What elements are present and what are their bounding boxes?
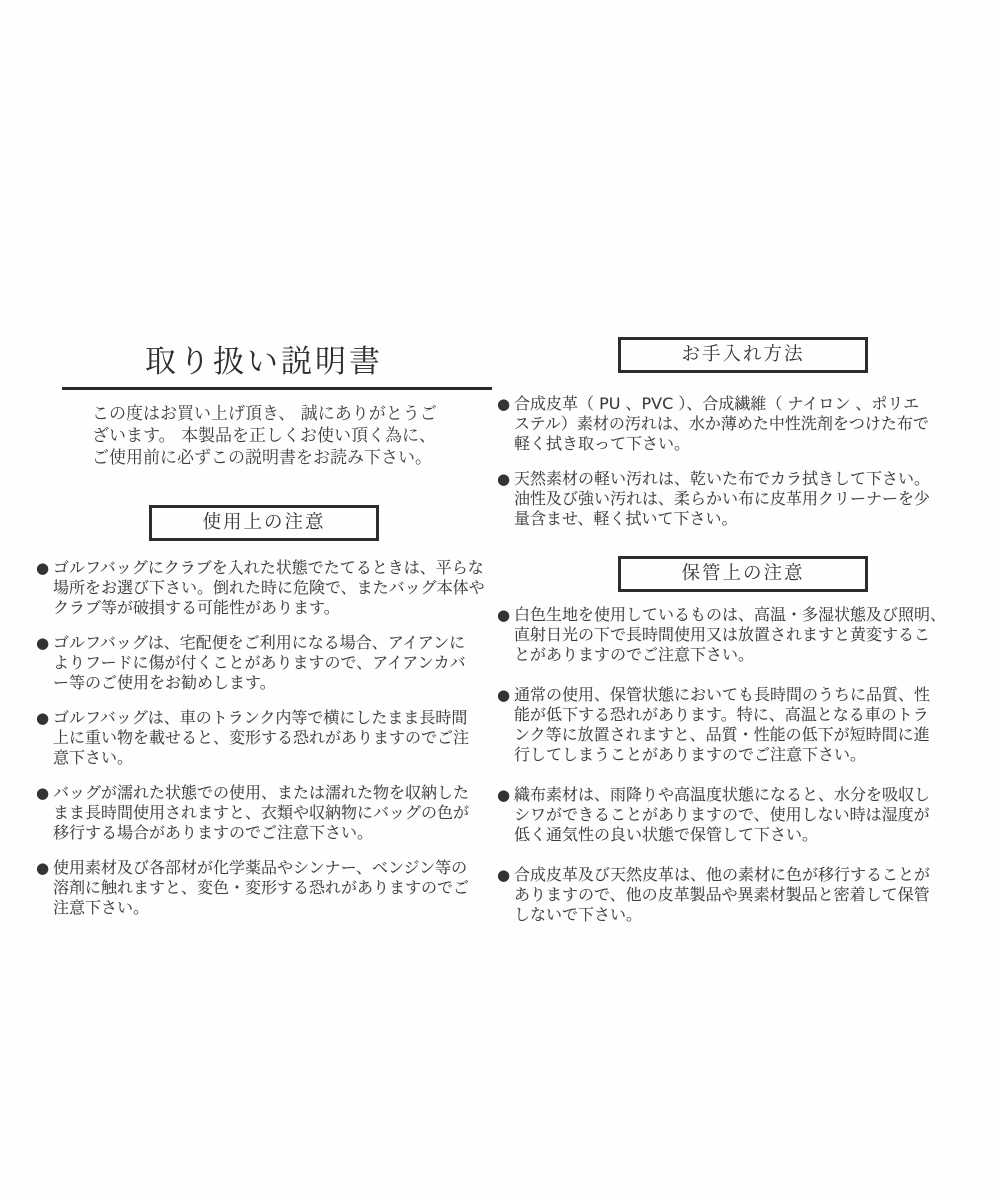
list-item-text: 白色生地を使用しているものは、高温・多湿状態及び照明、 直射日光の下で長時間使用… — [514, 605, 989, 665]
bullet-icon: ● — [497, 865, 514, 885]
list-item-text: 使用素材及び各部材が化学薬品やシンナー、ベンジン等の 溶剤に触れますと、変色・変… — [53, 858, 492, 918]
list-item-text: 合成皮革及び天然皮革は、他の素材に色が移行することが ありますので、他の皮革製品… — [514, 865, 989, 925]
left-column: 取り扱い説明書 この度はお買い上げ頂き、 誠にありがとうご ざいます。 本製品を… — [36, 344, 492, 933]
bullet-icon: ● — [497, 605, 514, 625]
usage-precaution-list: ● ゴルフバッグにクラブを入れた状態でたてるときは、平らな 場所をお選び下さい。… — [36, 558, 492, 918]
bullet-icon: ● — [497, 785, 514, 805]
list-item: ● 使用素材及び各部材が化学薬品やシンナー、ベンジン等の 溶剤に触れますと、変色… — [36, 858, 492, 918]
list-item-text: ゴルフバッグは、車のトランク内等で横にしたまま長時間 上に重い物を載せると、変形… — [53, 708, 492, 768]
section-heading-storage: 保管上の注意 — [618, 556, 868, 592]
section-heading-care-label: お手入れ方法 — [681, 344, 804, 365]
bullet-icon: ● — [36, 783, 53, 803]
list-item-text: ゴルフバッグは、宅配便をご利用になる場合、アイアンに よりフードに傷が付くことが… — [53, 633, 492, 693]
list-item: ● 通常の使用、保管状態においても長時間のうちに品質、性 能が低下する恐れがあり… — [497, 685, 989, 765]
list-item: ● 合成皮革及び天然皮革は、他の素材に色が移行することが ありますので、他の皮革… — [497, 865, 989, 925]
page-title: 取り扱い説明書 — [36, 344, 492, 380]
list-item-text: 天然素材の軽い汚れは、乾いた布でカラ拭きして下さい。 油性及び強い汚れは、柔らか… — [514, 469, 989, 529]
bullet-icon: ● — [36, 858, 53, 878]
list-item: ● ゴルフバッグにクラブを入れた状態でたてるときは、平らな 場所をお選び下さい。… — [36, 558, 492, 618]
bullet-icon: ● — [36, 708, 53, 728]
list-item-text: 通常の使用、保管状態においても長時間のうちに品質、性 能が低下する恐れがあります… — [514, 685, 989, 765]
section-heading-usage-label: 使用上の注意 — [202, 512, 325, 533]
list-item: ● ゴルフバッグは、車のトランク内等で横にしたまま長時間 上に重い物を載せると、… — [36, 708, 492, 768]
right-column: お手入れ方法 ● 合成皮革（ PU 、PVC ）、合成繊維（ ナイロン 、ポリエ… — [497, 337, 989, 945]
list-item: ● 合成皮革（ PU 、PVC ）、合成繊維（ ナイロン 、ポリエ ステル）素材… — [497, 394, 989, 454]
section-heading-storage-label: 保管上の注意 — [681, 563, 804, 584]
storage-precaution-list: ● 白色生地を使用しているものは、高温・多湿状態及び照明、 直射日光の下で長時間… — [497, 605, 989, 925]
bullet-icon: ● — [497, 685, 514, 705]
list-item: ● ゴルフバッグは、宅配便をご利用になる場合、アイアンに よりフードに傷が付くこ… — [36, 633, 492, 693]
list-item: ● バッグが濡れた状態での使用、または濡れた物を収納した まま長時間使用されます… — [36, 783, 492, 843]
bullet-icon: ● — [497, 469, 514, 489]
list-item-text: ゴルフバッグにクラブを入れた状態でたてるときは、平らな 場所をお選び下さい。倒れ… — [53, 558, 492, 618]
list-item-text: バッグが濡れた状態での使用、または濡れた物を収納した まま長時間使用されますと、… — [53, 783, 492, 843]
list-item-text: 織布素材は、雨降りや高温度状態になると、水分を吸収し シワができることがあります… — [514, 785, 989, 845]
title-underline — [62, 387, 492, 390]
section-heading-care: お手入れ方法 — [618, 337, 868, 373]
list-item: ● 天然素材の軽い汚れは、乾いた布でカラ拭きして下さい。 油性及び強い汚れは、柔… — [497, 469, 989, 529]
section-heading-usage: 使用上の注意 — [149, 505, 379, 541]
intro-text: この度はお買い上げ頂き、 誠にありがとうご ざいます。 本製品を正しくお使い頂く… — [92, 403, 488, 469]
list-item: ● 織布素材は、雨降りや高温度状態になると、水分を吸収し シワができることがあり… — [497, 785, 989, 845]
bullet-icon: ● — [497, 394, 514, 414]
bullet-icon: ● — [36, 558, 53, 578]
care-instruction-list: ● 合成皮革（ PU 、PVC ）、合成繊維（ ナイロン 、ポリエ ステル）素材… — [497, 394, 989, 529]
bullet-icon: ● — [36, 633, 53, 653]
list-item-text: 合成皮革（ PU 、PVC ）、合成繊維（ ナイロン 、ポリエ ステル）素材の汚… — [514, 394, 989, 454]
list-item: ● 白色生地を使用しているものは、高温・多湿状態及び照明、 直射日光の下で長時間… — [497, 605, 989, 665]
instruction-manual-page: 取り扱い説明書 この度はお買い上げ頂き、 誠にありがとうご ざいます。 本製品を… — [0, 0, 1000, 1200]
